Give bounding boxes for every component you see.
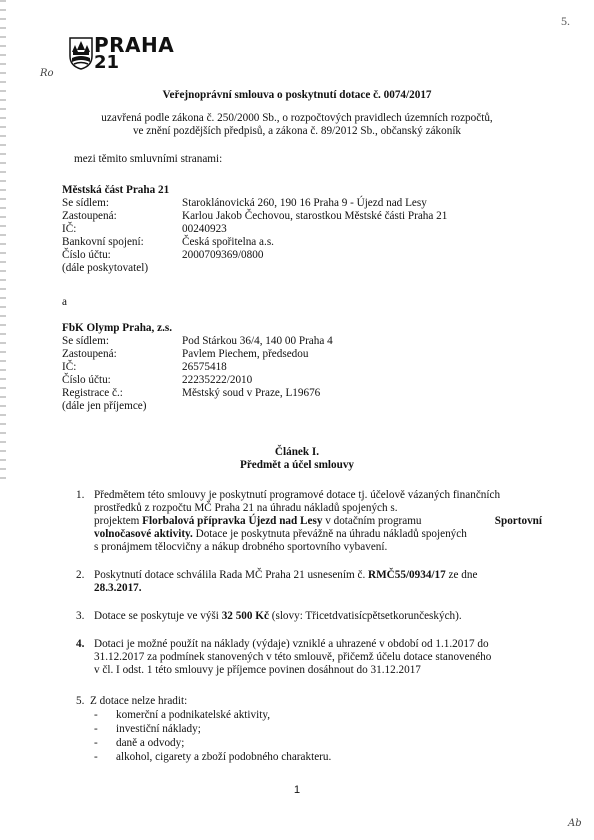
recipient-value: 26575418 xyxy=(182,361,227,374)
provider-label: Zastoupená: xyxy=(62,210,117,223)
provider-label: Bankovní spojení: xyxy=(62,236,144,249)
recipient-note: (dále jen příjemce) xyxy=(62,400,146,413)
bullet-dash: - xyxy=(94,737,98,750)
clause-2-line: Poskytnutí dotace schválila Rada MČ Prah… xyxy=(94,569,542,582)
recipient-label: Zastoupená: xyxy=(62,348,117,361)
conjunction: a xyxy=(62,296,67,309)
logo-number: 21 xyxy=(94,52,119,73)
recipient-label: Číslo účtu: xyxy=(62,374,111,387)
list-item: daně a odvody; xyxy=(116,737,184,750)
clause-number: 3. xyxy=(76,610,84,623)
program-name: Sportovní xyxy=(495,515,542,528)
coat-of-arms-icon xyxy=(68,36,94,70)
clause-number: 2. xyxy=(76,569,84,582)
clause-4-line: 31.12.2017 za podmínek stanovených v tét… xyxy=(94,651,542,664)
subtitle-line-1: uzavřená podle zákona č. 250/2000 Sb., o… xyxy=(0,112,594,125)
recipient-label: Se sídlem: xyxy=(62,335,109,348)
grant-amount: 32 500 Kč xyxy=(222,610,269,622)
handwritten-initials: Ab xyxy=(568,818,582,829)
provider-value: 2000709369/0800 xyxy=(182,249,263,262)
recipient-value: Pod Stárkou 36/4, 140 00 Praha 4 xyxy=(182,335,333,348)
bullet-dash: - xyxy=(94,709,98,722)
clause-4-line: Dotaci je možné použít na náklady (výdaj… xyxy=(94,638,542,651)
clause-number: 5. xyxy=(76,695,84,708)
article-number: Článek I. xyxy=(0,446,594,459)
provider-label: IČ: xyxy=(62,223,76,236)
clause-1-line: prostředků z rozpočtu MČ Praha 21 na úhr… xyxy=(94,502,542,515)
clause-3-line: Dotace se poskytuje ve výši 32 500 Kč (s… xyxy=(94,610,542,623)
article-heading: Předmět a účel smlouvy xyxy=(0,459,594,472)
provider-value: Staroklánovická 260, 190 16 Praha 9 - Új… xyxy=(182,197,427,210)
document-title: Veřejnoprávní smlouva o poskytnutí dotac… xyxy=(0,89,594,102)
list-item: komerční a podnikatelské aktivity, xyxy=(116,709,270,722)
page-corner-mark: 5. xyxy=(561,14,570,29)
provider-label: Číslo účtu: xyxy=(62,249,111,262)
clause-number: 4. xyxy=(76,638,84,651)
clause-1-line: Předmětem této smlouvy je poskytnutí pro… xyxy=(94,489,542,502)
bullet-dash: - xyxy=(94,751,98,764)
provider-label: Se sídlem: xyxy=(62,197,109,210)
praha-21-logo: PRAHA 21 xyxy=(68,36,178,80)
handwritten-initials: Ro xyxy=(40,68,54,79)
provider-value: Česká spořitelna a.s. xyxy=(182,236,274,249)
page-number: 1 xyxy=(0,784,594,797)
clause-4-line: v čl. I odst. 1 této smlouvy je příjemce… xyxy=(94,664,542,677)
provider-value: Karlou Jakob Čechovou, starostkou Městsk… xyxy=(182,210,447,223)
provider-value: 00240923 xyxy=(182,223,227,236)
provider-name: Městská část Praha 21 xyxy=(62,184,169,197)
clause-1-project-line: projektem Florbalová přípravka Újezd nad… xyxy=(94,515,542,528)
recipient-label: IČ: xyxy=(62,361,76,374)
subtitle-line-2: ve znění pozdějších předpisů, a zákona č… xyxy=(0,125,594,138)
bullet-dash: - xyxy=(94,723,98,736)
clause-5-intro: Z dotace nelze hradit: xyxy=(90,695,187,708)
clause-1-line: volnočasové aktivity. Dotace je poskytnu… xyxy=(94,528,542,541)
provider-note: (dále poskytovatel) xyxy=(62,262,148,275)
resolution-number: RMČ55/0934/17 xyxy=(368,569,446,581)
recipient-value: Městský soud v Praze, L19676 xyxy=(182,387,320,400)
project-name: Florbalová přípravka Újezd nad Lesy xyxy=(142,515,322,527)
intro-text: mezi těmito smluvními stranami: xyxy=(74,153,222,166)
list-item: alkohol, cigarety a zboží podobného char… xyxy=(116,751,331,764)
resolution-date: 28.3.2017. xyxy=(94,582,542,595)
scan-edge-marks xyxy=(0,0,6,480)
recipient-value: 22235222/2010 xyxy=(182,374,252,387)
recipient-name: FbK Olymp Praha, z.s. xyxy=(62,322,172,335)
list-item: investiční náklady; xyxy=(116,723,201,736)
clause-number: 1. xyxy=(76,489,84,502)
recipient-label: Registrace č.: xyxy=(62,387,123,400)
recipient-value: Pavlem Piechem, předsedou xyxy=(182,348,308,361)
clause-1-line: s pronájmem tělocvičny a nákup drobného … xyxy=(94,541,542,554)
